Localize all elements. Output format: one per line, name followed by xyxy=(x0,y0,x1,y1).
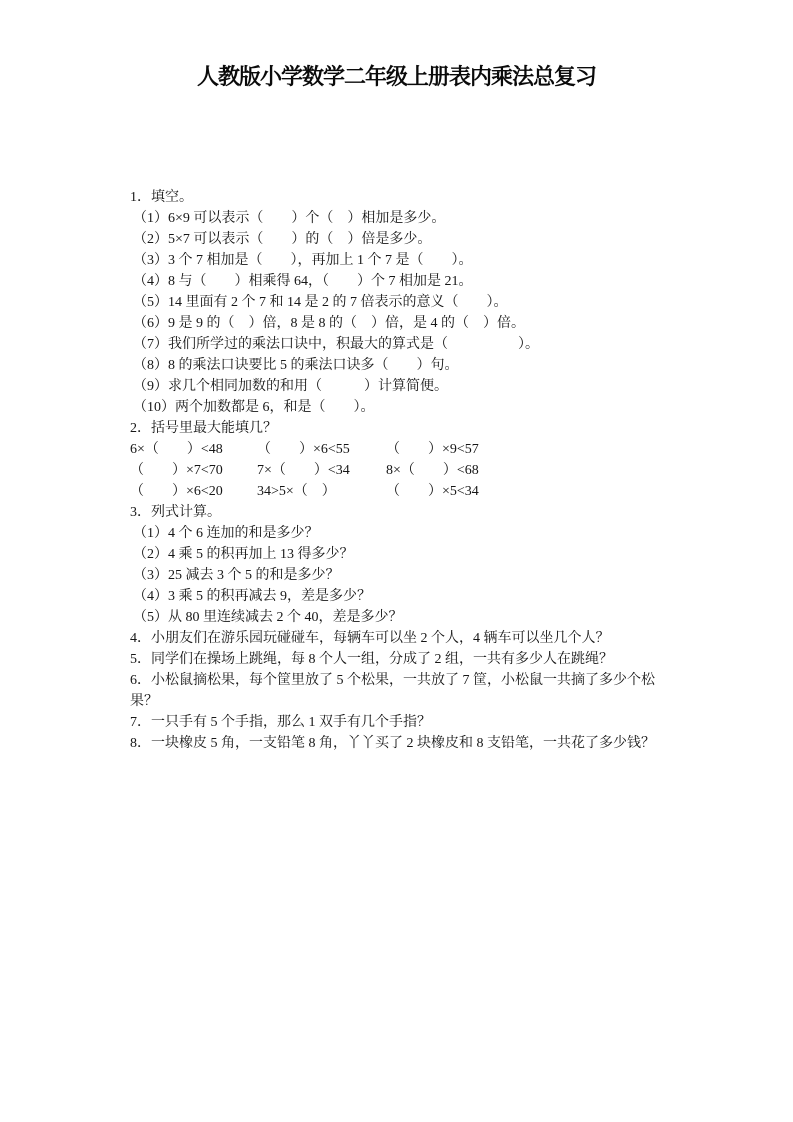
max-fill-expression: （ ）×6<20 xyxy=(130,481,257,502)
fill-blank-item-1: （1）6×9 可以表示（ ）个（ ）相加是多少。 xyxy=(130,208,670,229)
max-fill-row-2: （ ）×7<70 7×（ ）<34 8×（ ）<68 xyxy=(130,460,670,481)
fill-blank-item-9: （9）求几个相同加数的和用（ ）计算简便。 xyxy=(130,376,670,397)
max-fill-expression: （ ）×7<70 xyxy=(130,460,257,481)
fill-blank-item-7: （7）我们所学过的乘法口诀中，积最大的算式是（ ）。 xyxy=(130,334,670,355)
section-1-heading: 1．填空。 xyxy=(130,187,670,208)
calc-item-4: （4）3 乘 5 的积再减去 9，差是多少？ xyxy=(130,586,670,607)
word-problem-6: 6．小松鼠摘松果，每个筐里放了 5 个松果，一共放了 7 筐，小松鼠一共摘了多少… xyxy=(130,670,670,712)
word-problem-8: 8．一块橡皮 5 角，一支铅笔 8 角，丫丫买了 2 块橡皮和 8 支铅笔，一共… xyxy=(130,733,670,754)
max-fill-expression: （ ）×9<57 xyxy=(386,439,670,460)
calc-item-3: （3）25 减去 3 个 5 的和是多少？ xyxy=(130,565,670,586)
fill-blank-item-8: （8）8 的乘法口诀要比 5 的乘法口诀多（ ）句。 xyxy=(130,355,670,376)
max-fill-expression: 7×（ ）<34 xyxy=(257,460,386,481)
max-fill-row-1: 6×（ ）<48 （ ）×6<55 （ ）×9<57 xyxy=(130,439,670,460)
max-fill-expression: 8×（ ）<68 xyxy=(386,460,670,481)
word-problem-4: 4．小朋友们在游乐园玩碰碰车，每辆车可以坐 2 个人，4 辆车可以坐几个人？ xyxy=(130,628,670,649)
calc-item-5: （5）从 80 里连续减去 2 个 40，差是多少？ xyxy=(130,607,670,628)
worksheet-body: 1．填空。 （1）6×9 可以表示（ ）个（ ）相加是多少。 （2）5×7 可以… xyxy=(130,187,670,754)
word-problem-7: 7．一只手有 5 个手指，那么 1 双手有几个手指？ xyxy=(130,712,670,733)
worksheet-page: 人教版小学数学二年级上册表内乘法总复习 1．填空。 （1）6×9 可以表示（ ）… xyxy=(0,0,793,1122)
calc-item-1: （1）4 个 6 连加的和是多少？ xyxy=(130,523,670,544)
max-fill-expression: （ ）×6<55 xyxy=(257,439,386,460)
fill-blank-item-10: （10）两个加数都是 6，和是（ ）。 xyxy=(130,397,670,418)
page-title: 人教版小学数学二年级上册表内乘法总复习 xyxy=(0,62,793,94)
fill-blank-item-4: （4）8 与（ ）相乘得 64，（ ）个 7 相加是 21。 xyxy=(130,271,670,292)
max-fill-expression: 34>5×（ ） xyxy=(257,481,386,502)
max-fill-expression: 6×（ ）<48 xyxy=(130,439,257,460)
fill-blank-item-2: （2）5×7 可以表示（ ）的（ ）倍是多少。 xyxy=(130,229,670,250)
fill-blank-item-6: （6）9 是 9 的（ ）倍，8 是 8 的（ ）倍，是 4 的（ ）倍。 xyxy=(130,313,670,334)
calc-item-2: （2）4 乘 5 的积再加上 13 得多少？ xyxy=(130,544,670,565)
max-fill-expression: （ ）×5<34 xyxy=(386,481,670,502)
section-3-heading: 3．列式计算。 xyxy=(130,502,670,523)
fill-blank-item-3: （3）3 个 7 相加是（ ），再加上 1 个 7 是（ ）。 xyxy=(130,250,670,271)
fill-blank-item-5: （5）14 里面有 2 个 7 和 14 是 2 的 7 倍表示的意义（ ）。 xyxy=(130,292,670,313)
section-2-heading: 2．括号里最大能填几？ xyxy=(130,418,670,439)
word-problem-5: 5．同学们在操场上跳绳，每 8 个人一组，分成了 2 组，一共有多少人在跳绳？ xyxy=(130,649,670,670)
max-fill-row-3: （ ）×6<20 34>5×（ ） （ ）×5<34 xyxy=(130,481,670,502)
